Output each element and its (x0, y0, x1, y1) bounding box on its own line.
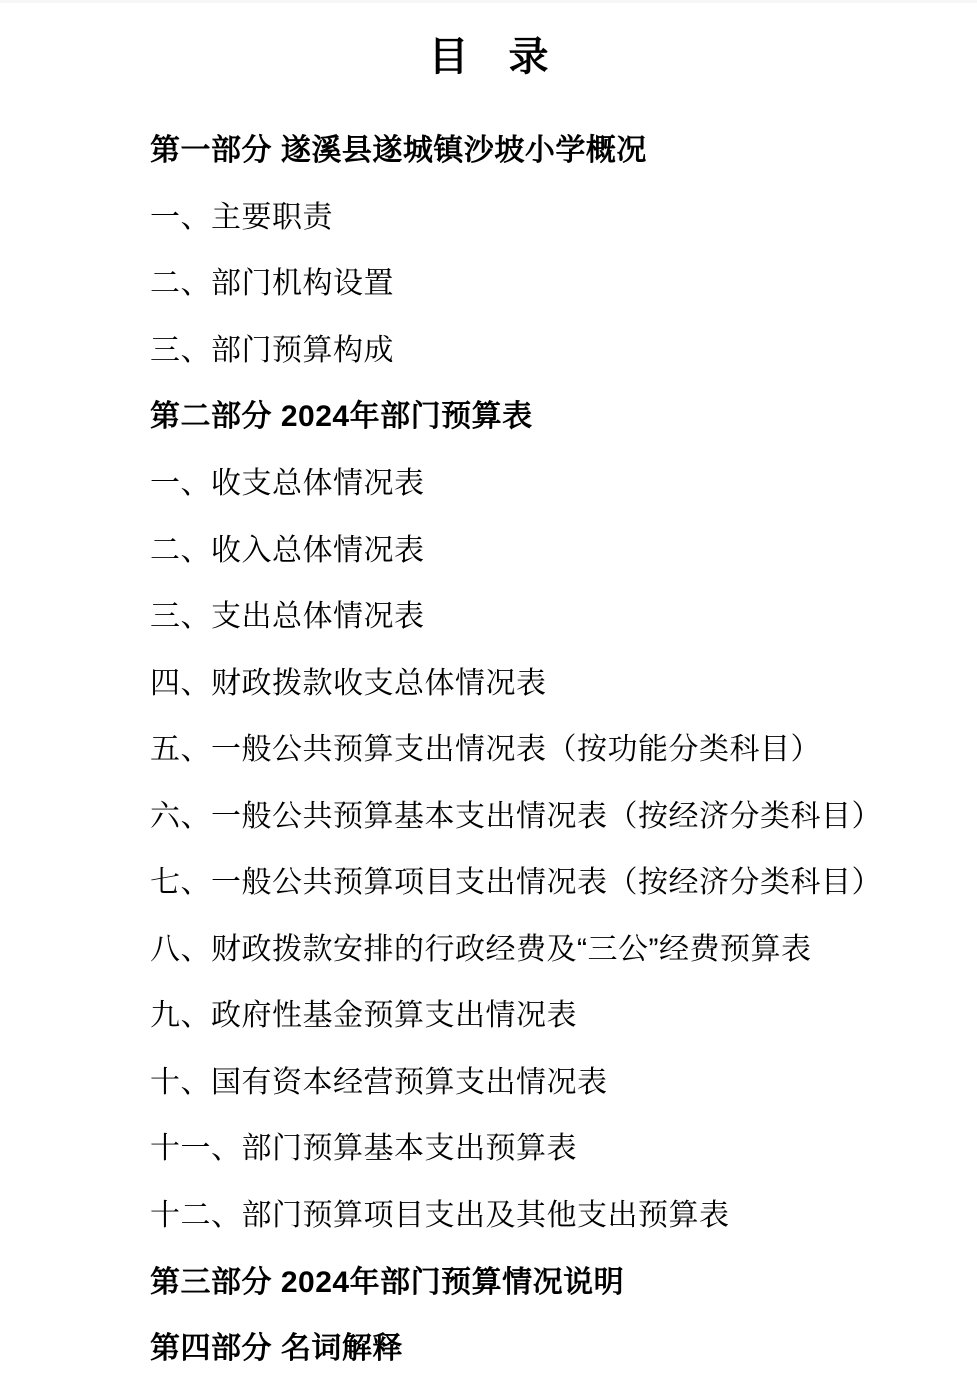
toc-item: 四、财政拨款收支总体情况表 (0, 646, 977, 713)
toc-item: 九、政府性基金预算支出情况表 (0, 979, 977, 1046)
toc-item: 三、部门预算构成 (0, 314, 977, 381)
toc-item: 十二、部门预算项目支出及其他支出预算表 (0, 1179, 977, 1246)
toc-item: 一、主要职责 (0, 181, 977, 248)
toc-item: 三、支出总体情况表 (0, 580, 977, 647)
toc-item: 十、国有资本经营预算支出情况表 (0, 1046, 977, 1113)
page-top-edge (0, 0, 977, 3)
toc-item: 二、部门机构设置 (0, 247, 977, 314)
page-title: 目 录 (0, 34, 977, 80)
toc-item: 十一、部门预算基本支出预算表 (0, 1112, 977, 1179)
toc-item: 七、一般公共预算项目支出情况表（按经济分类科目） (0, 846, 977, 913)
toc-section-heading: 第三部分 2024年部门预算情况说明 (0, 1245, 977, 1312)
toc-item: 五、一般公共预算支出情况表（按功能分类科目） (0, 713, 977, 780)
toc-item: 二、收入总体情况表 (0, 513, 977, 580)
toc-item: 一、收支总体情况表 (0, 447, 977, 514)
toc-item: 六、一般公共预算基本支出情况表（按经济分类科目） (0, 779, 977, 846)
toc-section-heading: 第二部分 2024年部门预算表 (0, 380, 977, 447)
toc-section-heading: 第一部分 遂溪县遂城镇沙坡小学概况 (0, 114, 977, 181)
document-page: 目 录 第一部分 遂溪县遂城镇沙坡小学概况一、主要职责二、部门机构设置三、部门预… (0, 0, 977, 1397)
toc-item: 八、财政拨款安排的行政经费及“三公”经费预算表 (0, 913, 977, 980)
toc-section-heading: 第四部分 名词解释 (0, 1312, 977, 1379)
toc-list: 第一部分 遂溪县遂城镇沙坡小学概况一、主要职责二、部门机构设置三、部门预算构成第… (0, 114, 977, 1378)
